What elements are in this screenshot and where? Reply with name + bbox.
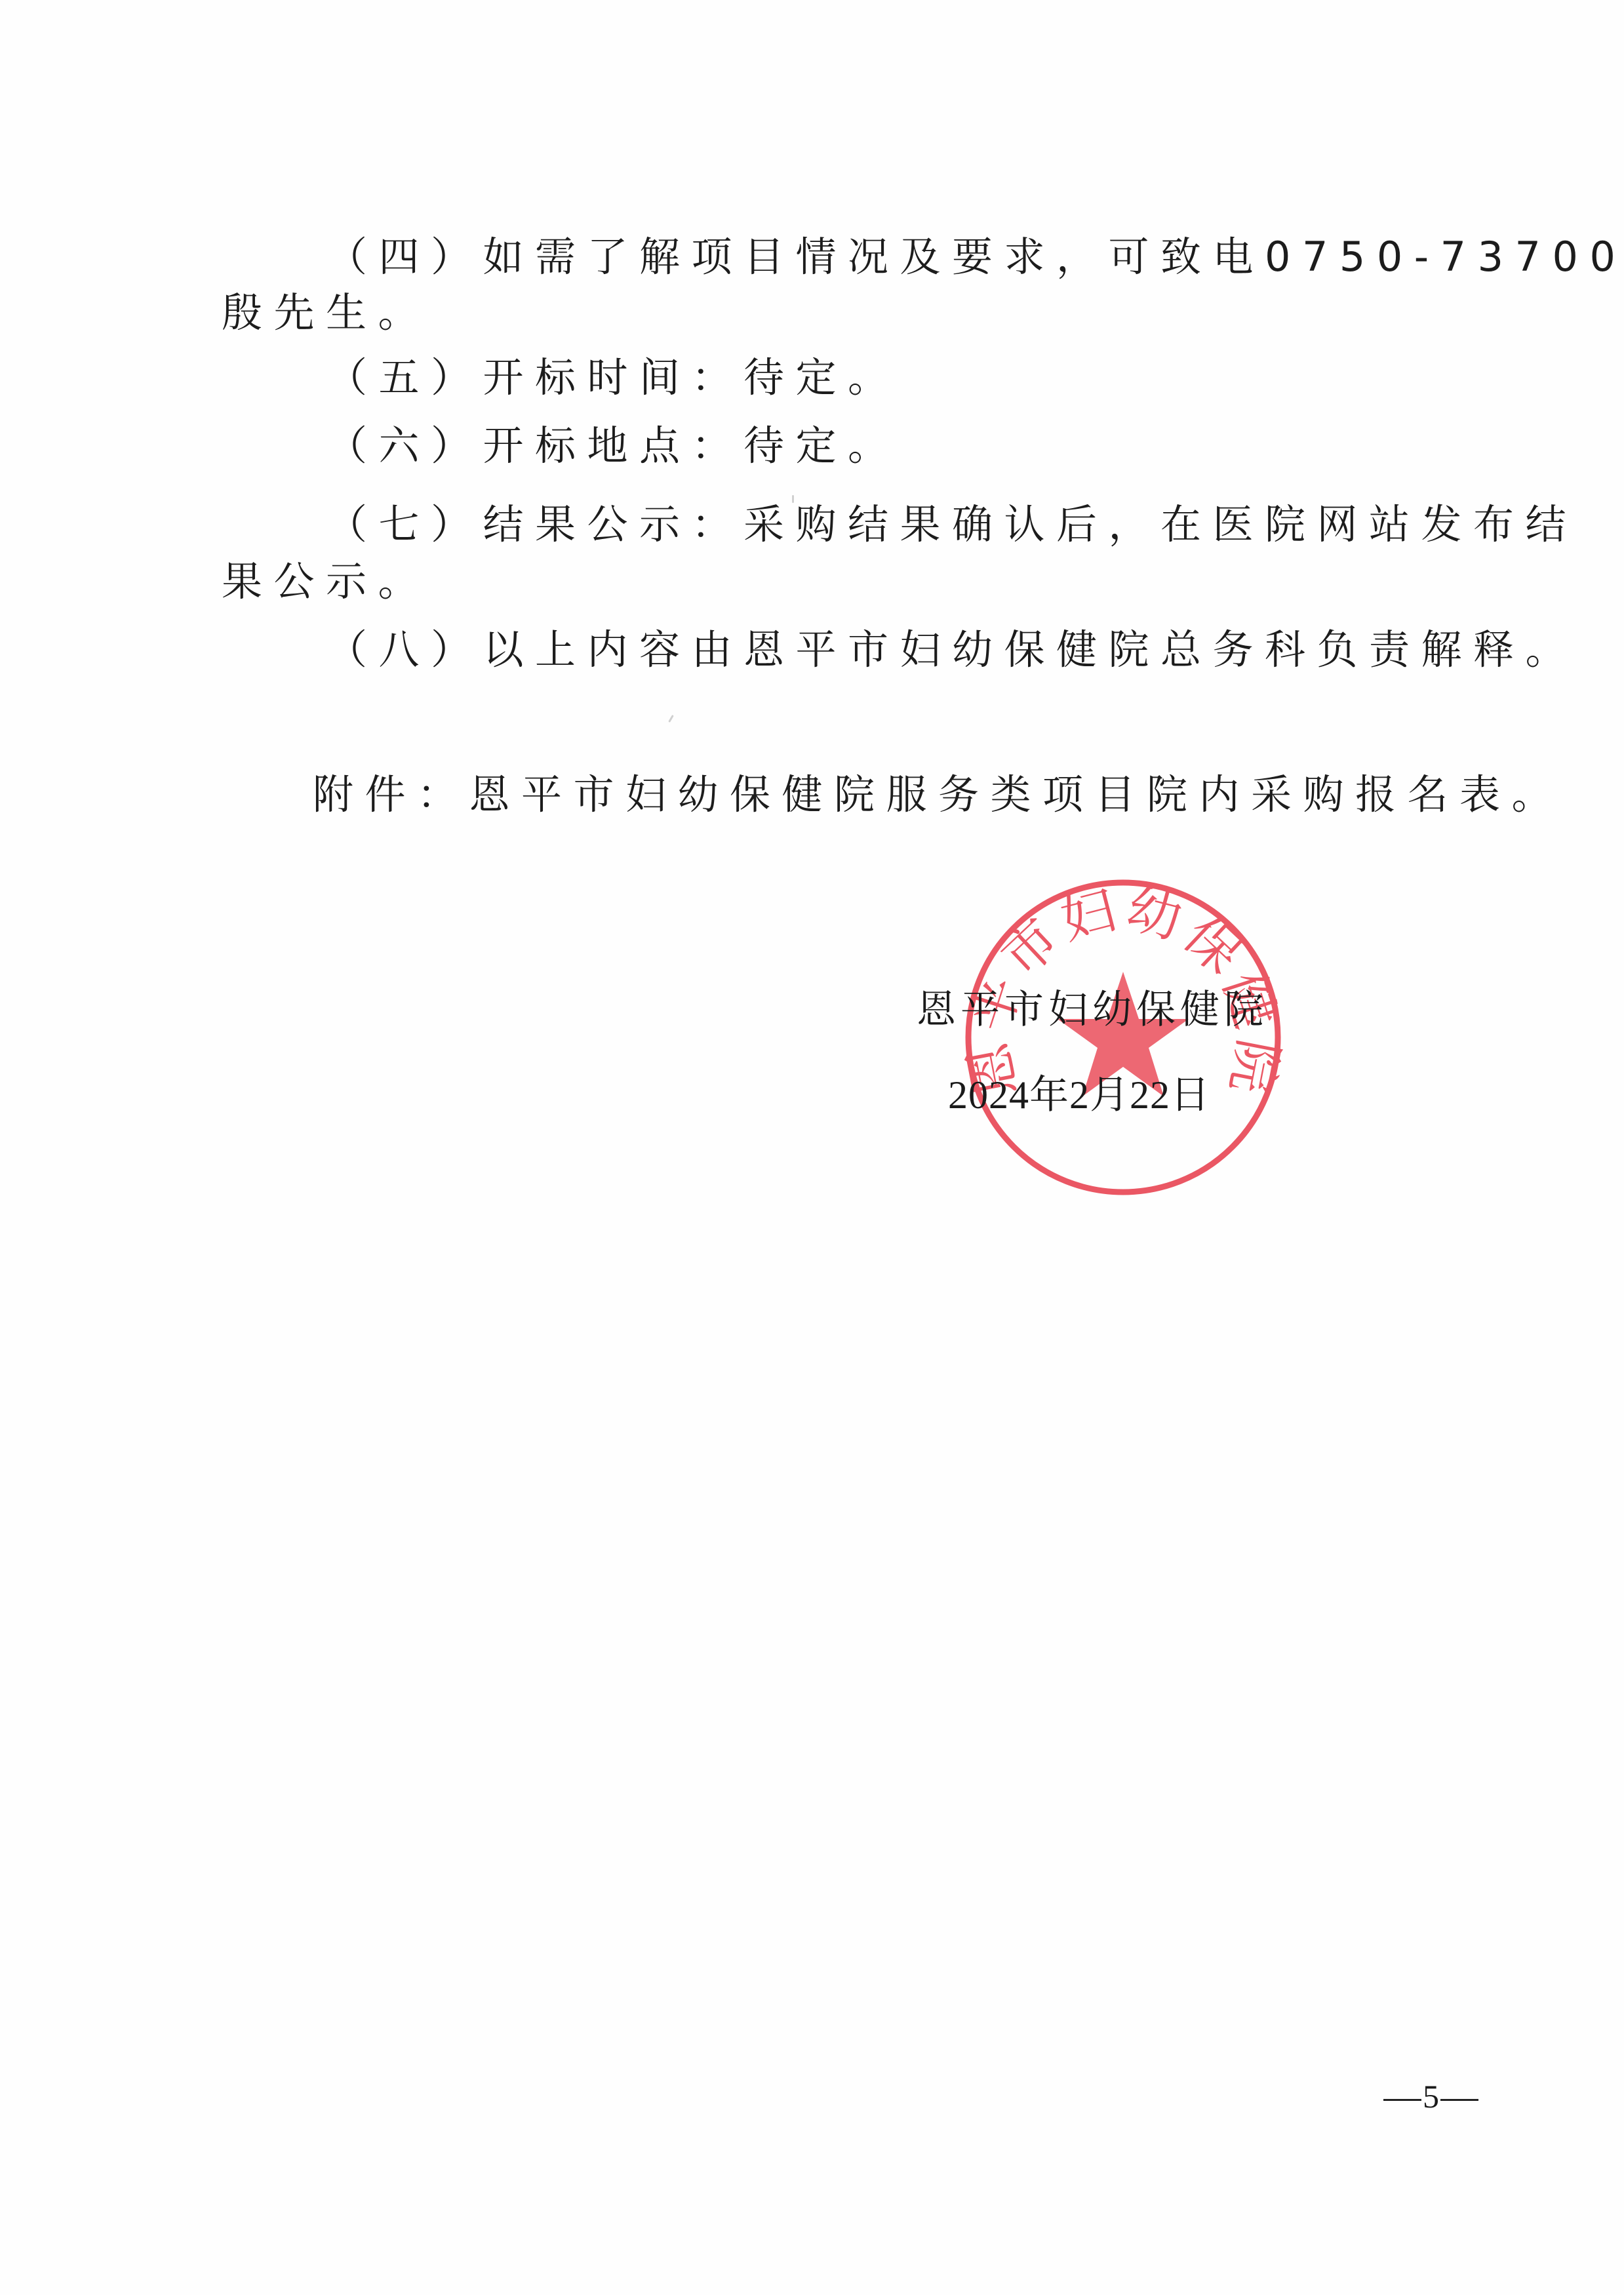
paragraph-item-4-line-2: 殷先生。 [222, 287, 1395, 339]
page-number-value: 5 [1423, 2078, 1439, 2115]
signature-date: 2024年2月22日 [948, 1070, 1210, 1120]
official-seal-stamp: 恩平市妇幼保健院 [959, 873, 1287, 1201]
paragraph-item-7-line-1: （七）结果公示：采购结果确认后，在医院网站发布结 [327, 498, 1500, 551]
scan-speck [792, 495, 794, 503]
paragraph-item-7-line-2: 果公示。 [222, 555, 1395, 608]
scan-speck [668, 715, 674, 723]
signature-organization: 恩平市妇幼保健院 [917, 985, 1268, 1035]
document-page: （四）如需了解项目情况及要求，可致电0750-7370015 殷先生。 （五）开… [0, 0, 1624, 2295]
paragraph-item-5: （五）开标时间：待定。 [327, 351, 1500, 404]
page-number: 5 [1382, 2077, 1480, 2115]
paragraph-item-8: （八）以上内容由恩平市妇幼保健院总务科负责解释。 [327, 624, 1500, 676]
page-number-dash-left [1383, 2099, 1421, 2101]
page-number-dash-right [1440, 2099, 1478, 2101]
paragraph-item-6: （六）开标地点：待定。 [327, 420, 1500, 472]
paragraph-item-4-line-1: （四）如需了解项目情况及要求，可致电0750-7370015 [327, 231, 1500, 283]
attachment-note: 附件：恩平市妇幼保健院服务类项目院内采购报名表。 [313, 768, 1486, 821]
